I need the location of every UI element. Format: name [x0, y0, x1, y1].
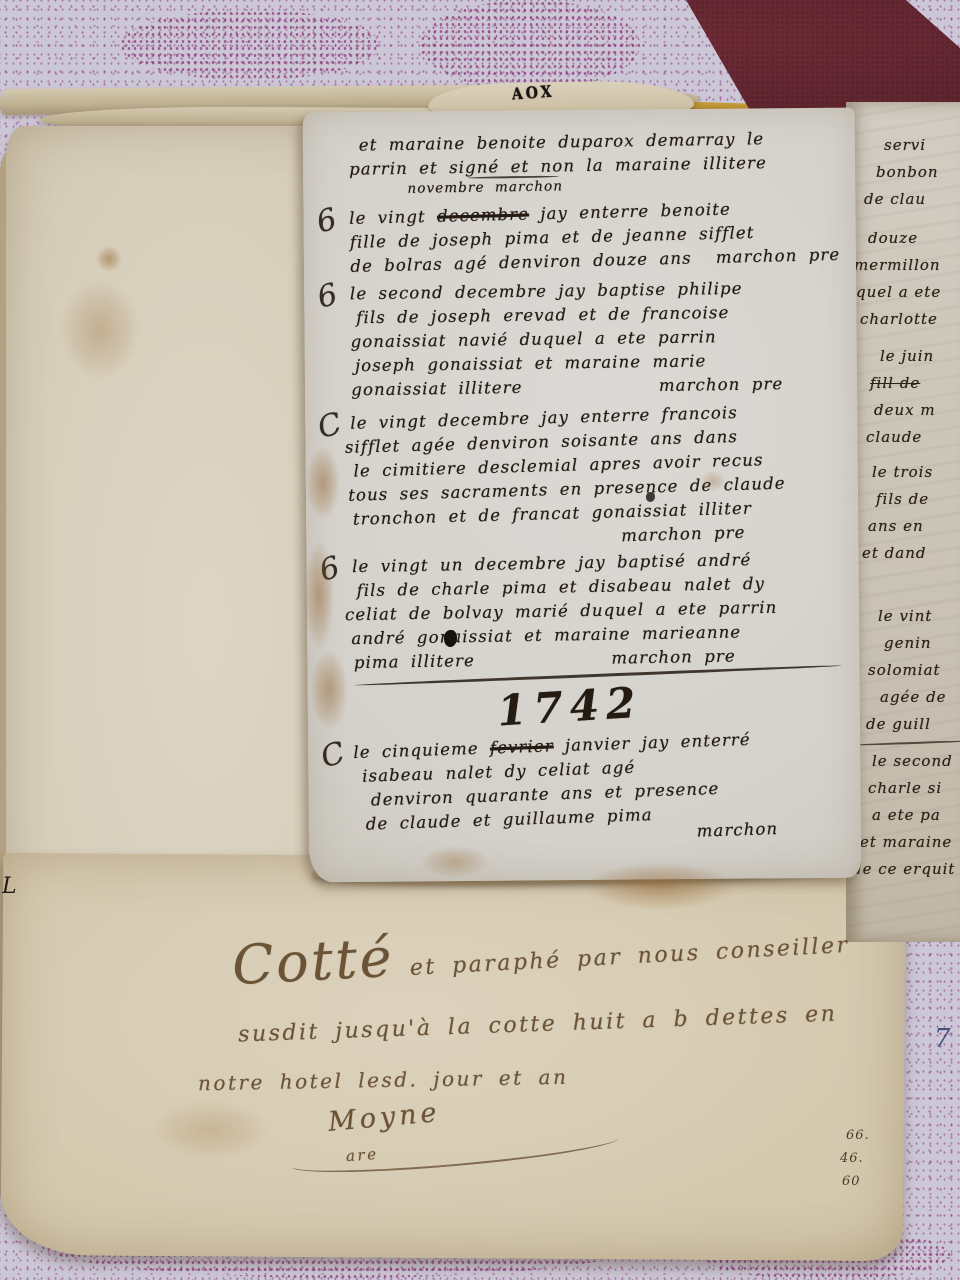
line-segment: le cinquieme: [353, 739, 490, 763]
bottom-page-with-certificate: [1, 853, 906, 1261]
struck-word: fevrier: [490, 736, 554, 757]
line-segment: le vingt: [349, 207, 437, 228]
speckle-cluster: [120, 10, 380, 80]
manuscript-fragment: et dand: [862, 540, 960, 567]
ink-rule: [852, 740, 960, 746]
margin-number: 60: [842, 1170, 870, 1193]
manuscript-fragment: agée de: [880, 684, 960, 711]
manuscript-fragment: mermillon: [854, 252, 960, 279]
priest-signature: marchon pre: [716, 243, 841, 270]
register-entry-baptism-philipe: 6 le second decembre jay baptise philipe…: [350, 275, 844, 402]
manuscript-fragment: servi: [884, 132, 960, 159]
margin-ink-mark: L: [2, 874, 17, 899]
tax-stamp: AOX: [511, 83, 555, 104]
manuscript-fragment: quel a ete: [856, 279, 960, 306]
register-entries: et maraine benoite duparox demarray le p…: [349, 128, 848, 882]
manuscript-fragment: le second: [872, 748, 960, 775]
manuscript-fragment: fils de: [876, 486, 960, 513]
photo-of-parish-register: { "colors":{"background":"#ccc7d6","spec…: [0, 0, 960, 1280]
margin-numbers: 66. 46. 60: [840, 1124, 870, 1193]
main-register-page: et maraine benoite duparox demarray le p…: [303, 108, 862, 883]
margin-number: 66.: [846, 1124, 870, 1147]
register-entry-carryover: et maraine benoite duparox demarray le p…: [349, 126, 842, 199]
manuscript-fragment: charle si: [868, 775, 960, 802]
manuscript-fragment: solomiat: [868, 657, 960, 684]
margin-number: 46.: [840, 1147, 870, 1170]
page-number-fragment: 7: [934, 1024, 951, 1054]
manuscript-fragment: bonbon: [876, 159, 960, 186]
manuscript-fragment: de clau: [864, 186, 960, 213]
paragraph-mark: 6: [317, 555, 343, 583]
speckle-cluster: [420, 0, 640, 90]
manuscript-fragment: douze: [868, 225, 960, 252]
line-segment: de bolras agé denviron douze ans: [350, 249, 692, 276]
manuscript-fragment: deux m: [874, 397, 960, 424]
manuscript-fragment: a ete pa: [872, 802, 960, 829]
register-entry-burial-francois: C le vingt decembre jay enterre francois…: [350, 398, 846, 552]
manuscript-fragment: de ce erquit: [852, 856, 960, 883]
manuscript-fragment: fill de: [870, 370, 960, 397]
line-segment: janvier jay enterré: [553, 730, 751, 756]
certificate-initial: Cotté: [231, 926, 396, 997]
line-segment: jay enterre benoite: [529, 200, 731, 224]
register-entry-baptism-andre: 6 le vingt un decembre jay baptisé andré…: [352, 547, 846, 682]
manuscript-fragment: de guill: [866, 711, 960, 738]
manuscript-fragment: genin: [884, 630, 960, 657]
manuscript-fragment: le vint: [878, 603, 960, 630]
priest-signature: marchon pre: [659, 372, 784, 398]
manuscript-fragment: le juin: [880, 343, 960, 370]
right-page-text-column: servi bonbon de clau douze mermillon que…: [858, 132, 960, 883]
manuscript-fragment: claude: [866, 424, 960, 451]
manuscript-fragment: charlotte: [860, 306, 960, 333]
manuscript-fragment: le trois: [872, 459, 960, 486]
manuscript-fragment: ans en: [868, 513, 960, 540]
priest-signature: marchon: [696, 817, 778, 844]
paragraph-mark: 6: [314, 207, 340, 235]
register-entry-burial-benoite: 6 le vingt decembre jay enterre benoite …: [349, 195, 843, 279]
manuscript-fragment: et maraine: [860, 829, 960, 856]
line-segment: gonaissiat illitere: [351, 378, 522, 399]
priest-signature: marchon pre: [621, 521, 746, 548]
register-entry-burial-isabeau: C le cinquieme fevrier janvier jay enter…: [353, 725, 848, 837]
signature-paraph: are: [345, 1145, 379, 1165]
paragraph-mark: 6: [315, 282, 341, 310]
priest-signature: marchon pre: [611, 644, 736, 670]
right-register-page: servi bonbon de clau douze mermillon que…: [846, 102, 960, 942]
paragraph-mark: C: [319, 741, 349, 771]
paragraph-mark: C: [316, 412, 346, 442]
line-segment: pima illitere: [354, 651, 475, 672]
struck-word: decembre: [437, 204, 529, 225]
